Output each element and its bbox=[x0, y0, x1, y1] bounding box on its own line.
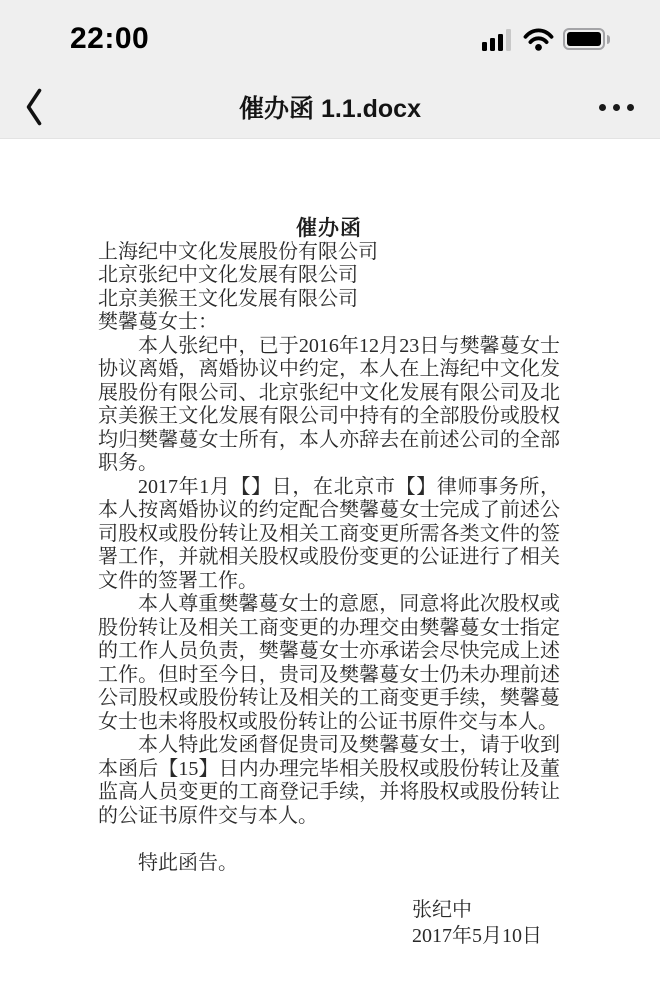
battery-icon bbox=[563, 28, 610, 50]
wifi-icon bbox=[523, 28, 554, 51]
document-title: 催办函 1.1.docx bbox=[0, 75, 660, 139]
signature-name: 张纪中 bbox=[412, 897, 560, 923]
body-paragraph: 本人张纪中，已于2016年12月23日与樊馨蔓女士协议离婚，离婚协议中约定，本人… bbox=[98, 335, 560, 476]
status-bar: 22:00 bbox=[0, 0, 660, 62]
closing-line: 特此函告。 bbox=[98, 852, 560, 876]
signature-date: 2017年5月10日 bbox=[412, 923, 560, 949]
nav-bar: 催办函 1.1.docx bbox=[0, 62, 660, 139]
recipient-line: 上海纪中文化发展股份有限公司 bbox=[98, 241, 560, 265]
screen: 22:00 bbox=[0, 0, 660, 985]
status-time: 22:00 bbox=[70, 24, 149, 54]
recipient-line: 北京美猴王文化发展有限公司 bbox=[98, 288, 560, 312]
status-icons bbox=[482, 28, 610, 51]
more-button[interactable] bbox=[599, 84, 634, 130]
body-paragraph: 本人特此发函督促贵司及樊馨蔓女士，请于收到本函后【15】日内办理完毕相关股权或股… bbox=[98, 734, 560, 828]
chevron-left-icon bbox=[24, 87, 44, 127]
body-paragraph: 本人尊重樊馨蔓女士的意愿，同意将此次股权或股份转让及相关工商变更的办理交由樊馨蔓… bbox=[98, 593, 560, 734]
paragraph-list: 本人张纪中，已于2016年12月23日与樊馨蔓女士协议离婚，离婚协议中约定，本人… bbox=[98, 335, 560, 829]
document-page: 催办函 上海纪中文化发展股份有限公司北京张纪中文化发展有限公司北京美猴王文化发展… bbox=[0, 139, 660, 949]
body-paragraph: 2017年1月【】日，在北京市【】律师事务所，本人按离婚协议的约定配合樊馨蔓女士… bbox=[98, 476, 560, 594]
cellular-signal-icon bbox=[482, 28, 514, 51]
salutation: 樊馨蔓女士： bbox=[98, 311, 560, 335]
recipient-list: 上海纪中文化发展股份有限公司北京张纪中文化发展有限公司北京美猴王文化发展有限公司 bbox=[98, 241, 560, 312]
header: 22:00 bbox=[0, 0, 660, 139]
back-button[interactable] bbox=[24, 84, 64, 130]
recipient-line: 北京张纪中文化发展有限公司 bbox=[98, 264, 560, 288]
signature-block: 张纪中 2017年5月10日 bbox=[98, 897, 560, 949]
document-viewport[interactable]: 催办函 上海纪中文化发展股份有限公司北京张纪中文化发展有限公司北京美猴王文化发展… bbox=[0, 139, 660, 984]
ellipsis-icon bbox=[599, 104, 634, 111]
doc-heading: 催办函 bbox=[98, 217, 560, 241]
